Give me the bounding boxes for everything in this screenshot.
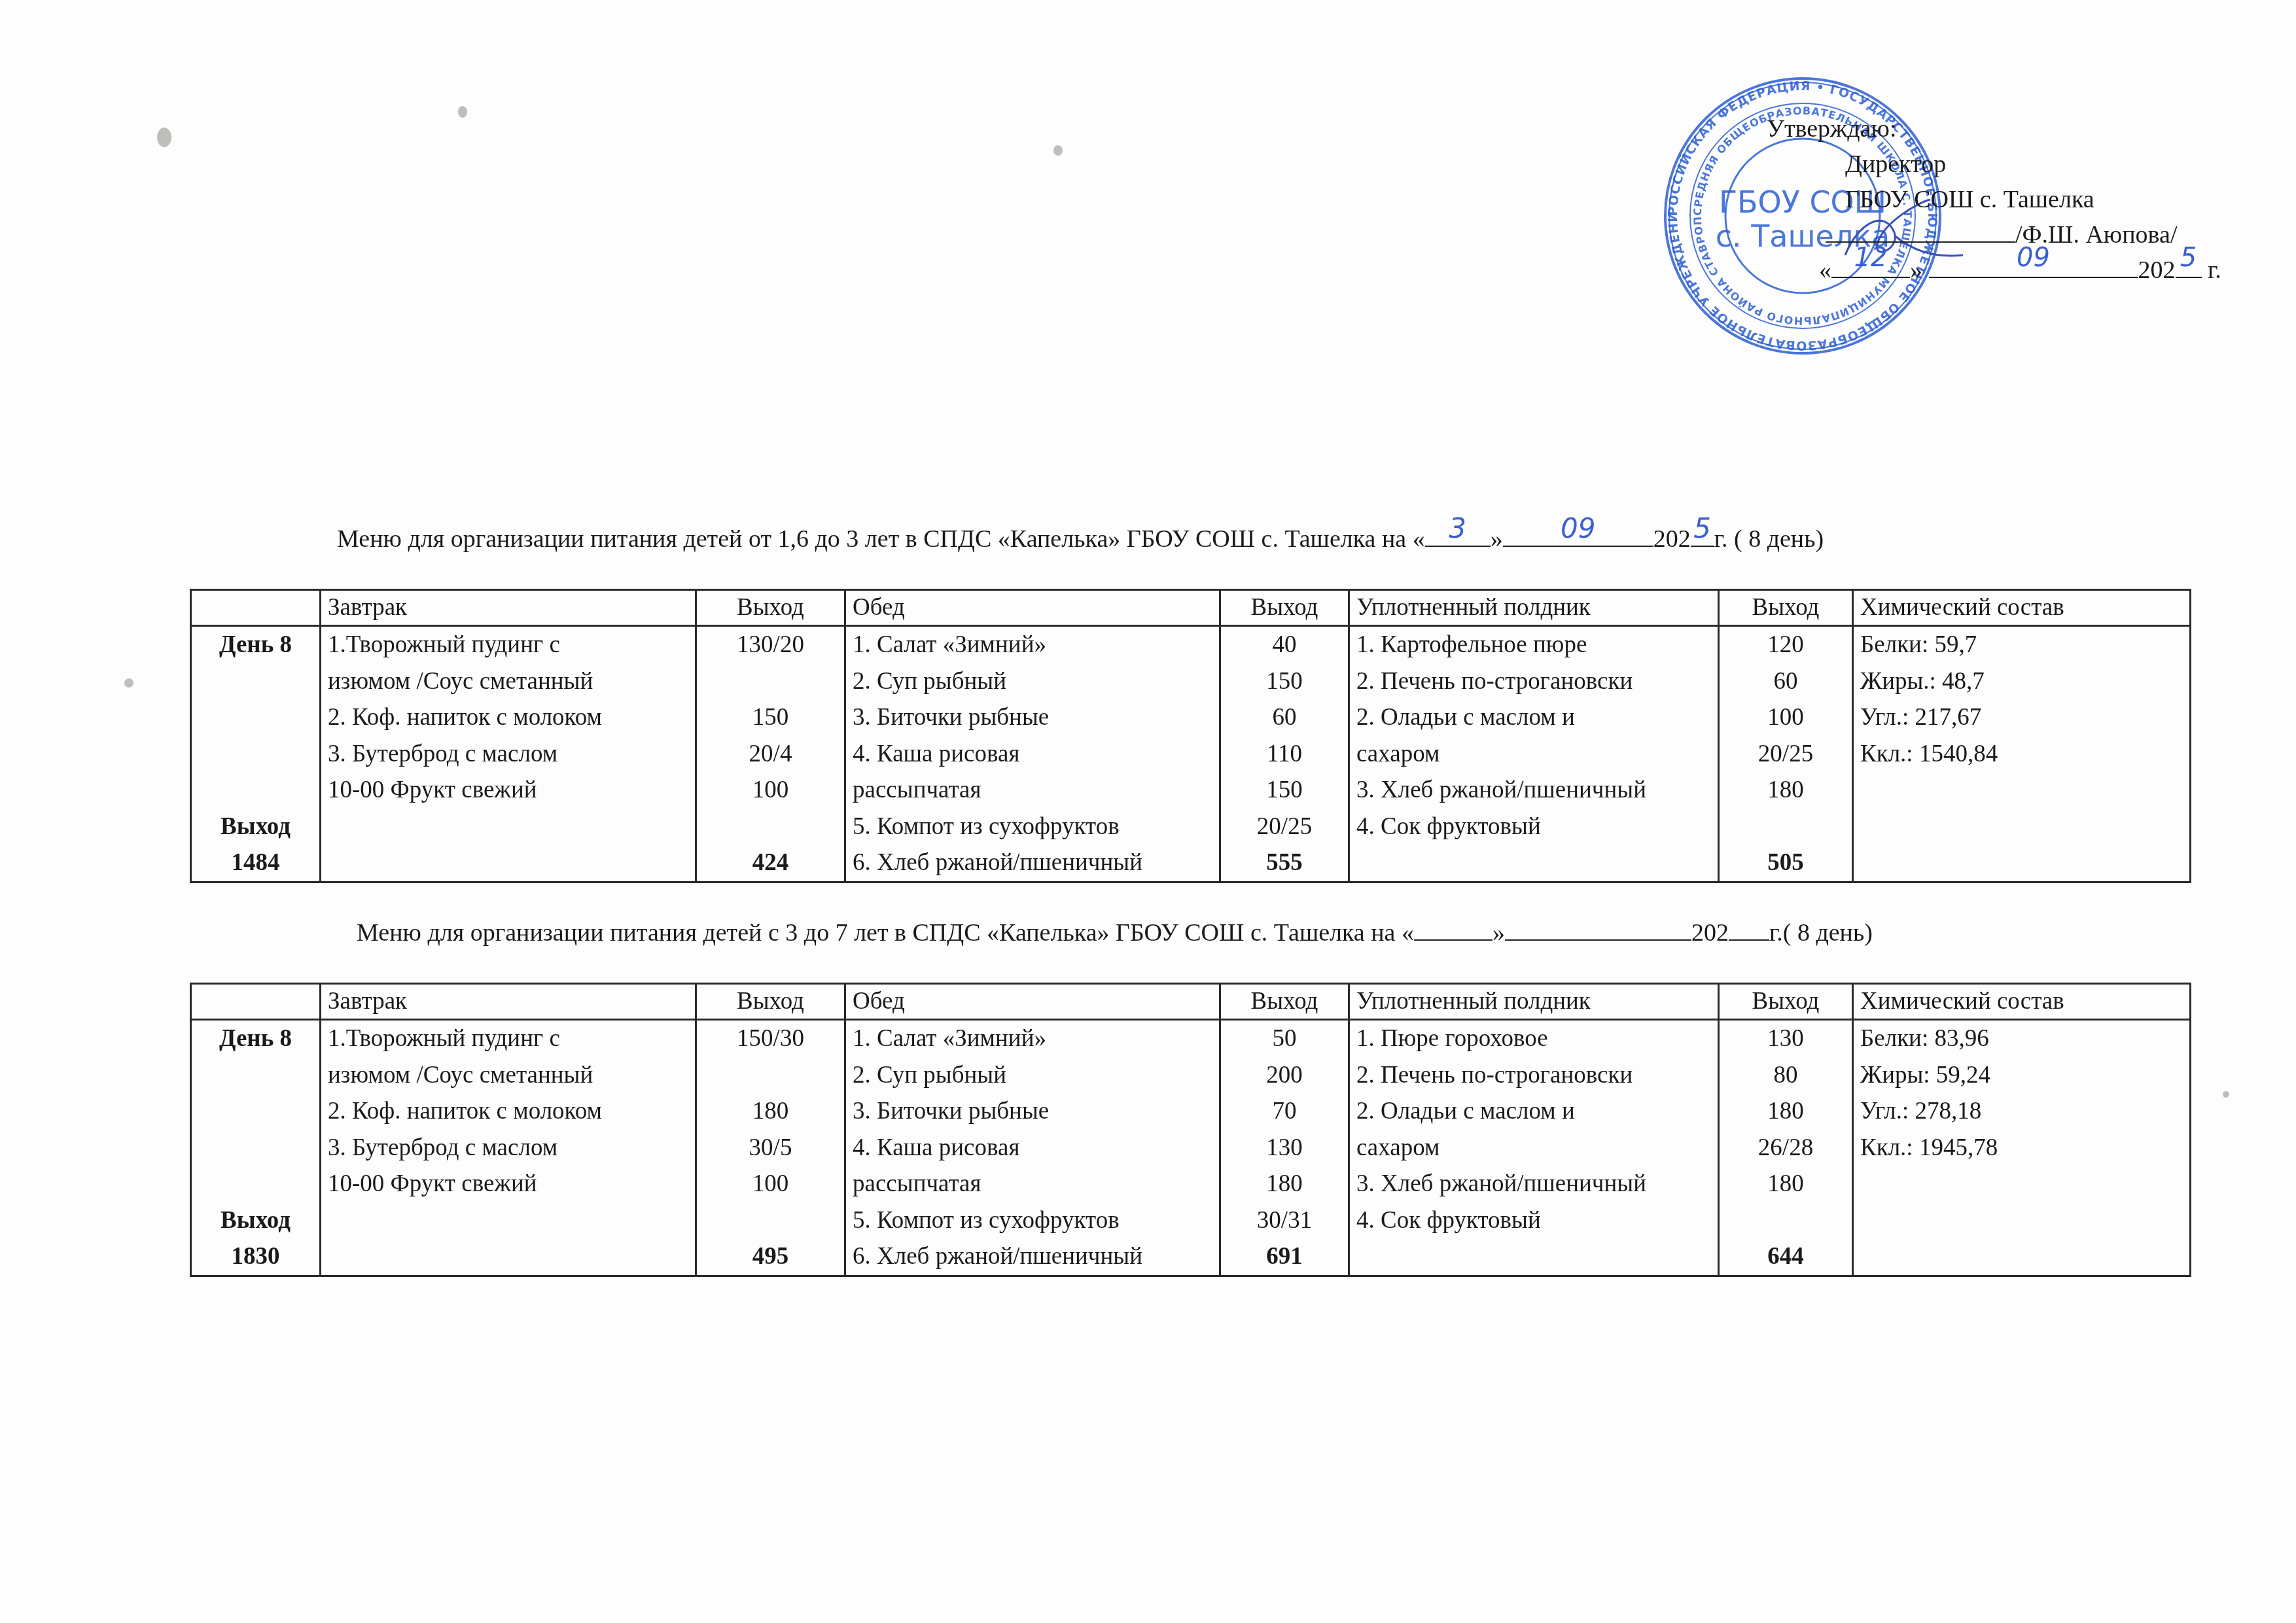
table-row: День 8 Выход 1830 1.Творожный пудинг сиз… [191,1020,2191,1276]
lunch-items: 1. Салат «Зимний»2. Суп рыбный3. Биточки… [845,626,1220,882]
menu-table-toddlers: Завтрак Выход Обед Выход Уплотненный пол… [190,589,2191,883]
list-item: изюмом /Соус сметанный [328,663,688,700]
list-item: Ккл.: 1945,78 [1860,1130,2183,1166]
list-item: 100 [1726,699,1845,736]
list-item: 60 [1726,663,1845,700]
title-quote-close: » [1491,525,1503,553]
list-item: 4. Сок фруктовый [1356,809,1711,845]
table-row: День 8 Выход 1484 1.Творожный пудинг сиз… [191,626,2191,882]
header-lunch-yield: Выход [1220,984,1349,1020]
day-cell: День 8 Выход 1484 [191,626,321,882]
list-item: 3. Биточки рыбные [853,699,1212,736]
list-item: 5. Компот из сухофруктов [853,1202,1212,1239]
list-item: 20/25 [1726,736,1845,773]
date-month-field: 09 [1929,253,2138,278]
title-year-prefix: 202 [1653,525,1691,553]
menu-title-preschool: Меню для организации питания детей с 3 д… [357,917,1873,947]
list-item: 120 [1726,627,1845,663]
list-item: 10-00 Фрукт свежий [328,772,688,809]
list-item: 130 [1227,1130,1341,1166]
list-item: 100 [703,1166,838,1202]
list-item: 180 [1726,772,1845,809]
header-breakfast: Завтрак [321,590,696,626]
list-item: Жиры: 59,24 [1860,1057,2183,1094]
list-item: 30/5 [703,1130,838,1166]
list-item [703,809,838,845]
list-item: 3. Бутерброд с маслом [328,736,688,773]
list-item: 6. Хлеб ржаной/пшеничный [853,845,1212,881]
header-lunch-yield: Выход [1220,590,1349,626]
list-item: 200 [1227,1057,1341,1094]
section-total: 644 [1726,1238,1845,1275]
signature-line [1826,218,2015,243]
list-item: 1. Салат «Зимний» [853,1021,1212,1057]
section-total: 691 [1227,1238,1341,1275]
table-header-row: Завтрак Выход Обед Выход Уплотненный пол… [191,590,2191,626]
section-total: 424 [703,845,838,881]
list-item: 150 [1227,772,1341,809]
list-item: 3. Хлеб ржаной/пшеничный [1356,1166,1711,1202]
menu-title-toddlers: Меню для организации питания детей от 1,… [337,523,1824,553]
list-item: 10-00 Фрукт свежий [328,1166,688,1202]
breakfast-yields: 150/3018030/5100495 [696,1020,845,1276]
list-item: 2. Печень по-строгановски [1356,1057,1711,1094]
list-item: 3. Биточки рыбные [853,1093,1212,1130]
total-label: Выход [198,1202,313,1239]
list-item [1726,1202,1845,1239]
breakfast-yields: 130/2015020/4100424 [696,626,845,882]
list-item: Угл.: 217,67 [1860,699,2183,736]
list-item: 150 [1227,663,1341,700]
title-quote-close: » [1492,919,1505,947]
list-item: 1. Салат «Зимний» [853,627,1212,663]
approval-organization: ГБОУ СОШ с. Ташелка [1845,182,2094,217]
snack-yields: 1206010020/25180505 [1719,626,1853,882]
snack-items: 1. Картофельное пюре2. Печень по-строган… [1349,626,1719,882]
list-item: 130 [1726,1021,1845,1057]
list-item: 180 [1227,1166,1341,1202]
list-item: сахаром [1356,736,1711,773]
date-suffix: г. [2208,256,2221,284]
title-year-field [1729,917,1769,941]
list-item: Белки: 83,96 [1860,1021,2183,1057]
header-day [191,984,321,1020]
header-snack: Уплотненный полдник [1349,590,1719,626]
list-item: 5. Компот из сухофруктов [853,809,1212,845]
paper-speck [2223,1091,2229,1098]
list-item [1726,809,1845,845]
header-lunch: Обед [845,590,1220,626]
title-day-handwritten: 3 [1425,512,1491,544]
list-item: 60 [1227,699,1341,736]
list-item: 3. Бутерброд с маслом [328,1130,688,1166]
breakfast-items: 1.Творожный пудинг сизюмом /Соус сметанн… [321,626,696,882]
list-item: 2. Оладьи с маслом и [1356,699,1711,736]
list-item: Угл.: 278,18 [1860,1093,2183,1130]
header-snack-yield: Выход [1719,590,1853,626]
date-day-handwritten: 12 [1831,240,1910,275]
list-item: 4. Каша рисовая [853,1130,1212,1166]
paper-speck [124,678,133,688]
list-item [1860,1238,2183,1275]
list-item [328,1238,688,1275]
approval-position: Директор [1845,147,1946,182]
list-item: 50 [1227,1021,1341,1057]
list-item: 150/30 [703,1021,838,1057]
list-item: сахаром [1356,1130,1711,1166]
list-item [1860,809,2183,845]
list-item: 110 [1227,736,1341,773]
title-suffix: г. ( 8 день) [1714,525,1824,553]
title-year-prefix: 202 [1691,919,1729,947]
paper-speck [458,106,467,118]
header-chemistry: Химический состав [1853,590,2191,626]
list-item: 2. Коф. напиток с молоком [328,1093,688,1130]
list-item [328,809,688,845]
header-day [191,590,321,626]
chemistry-values: Белки: 83,96Жиры: 59,24Угл.: 278,18Ккл.:… [1853,1020,2191,1276]
title-day-field [1414,917,1492,941]
list-item: 20/25 [1227,809,1341,845]
section-total: 495 [703,1238,838,1275]
day-label: День 8 [198,1021,313,1057]
list-item: 26/28 [1726,1130,1845,1166]
total-value: 1484 [198,845,313,881]
title-month-field: 09 [1503,523,1653,547]
list-item: 2. Суп рыбный [853,1057,1212,1094]
list-item [703,1202,838,1239]
approval-date: «12» 092025 г. [1819,253,2221,288]
header-breakfast-yield: Выход [696,984,845,1020]
date-year-prefix: 202 [2138,256,2176,284]
list-item: 100 [703,772,838,809]
list-item [328,1202,688,1239]
list-item [1860,772,2183,809]
lunch-yields: 502007013018030/31691 [1220,1020,1349,1276]
menu-table-preschool: Завтрак Выход Обед Выход Уплотненный пол… [190,983,2191,1277]
list-item: 1.Творожный пудинг с [328,627,688,663]
date-year-field: 5 [2176,253,2202,278]
day-label: День 8 [198,627,313,663]
title-suffix: г.( 8 день) [1769,919,1873,947]
header-breakfast-yield: Выход [696,590,845,626]
approval-label: Утверждаю: [1767,111,1897,147]
paper-speck [157,128,171,147]
day-cell: День 8 Выход 1830 [191,1020,321,1276]
snack-items: 1. Пюре гороховое2. Печень по-строгановс… [1349,1020,1719,1276]
list-item: 70 [1227,1093,1341,1130]
list-item: 6. Хлеб ржаной/пшеничный [853,1238,1212,1275]
lunch-yields: 401506011015020/25555 [1220,626,1349,882]
header-chemistry: Химический состав [1853,984,2191,1020]
list-item: 2. Оладьи с маслом и [1356,1093,1711,1130]
list-item: 30/31 [1227,1202,1341,1239]
list-item: 150 [703,699,838,736]
list-item: 20/4 [703,736,838,773]
list-item: 180 [1726,1093,1845,1130]
date-day-field: 12 [1831,253,1910,278]
list-item [703,663,838,700]
section-total: 505 [1726,845,1845,881]
list-item [703,1057,838,1094]
list-item: 40 [1227,627,1341,663]
list-item [1860,1166,2183,1202]
list-item: рассыпчатая [853,772,1212,809]
list-item: 180 [1726,1166,1845,1202]
list-item [1356,845,1711,881]
table-header-row: Завтрак Выход Обед Выход Уплотненный пол… [191,984,2191,1020]
list-item: 180 [703,1093,838,1130]
list-item: 1.Творожный пудинг с [328,1021,688,1057]
list-item: 130/20 [703,627,838,663]
list-item: рассыпчатая [853,1166,1212,1202]
list-item: изюмом /Соус сметанный [328,1057,688,1094]
title-month-handwritten: 09 [1503,512,1653,544]
list-item: Белки: 59,7 [1860,627,2183,663]
header-lunch: Обед [845,984,1220,1020]
title-prefix: Меню для организации питания детей от 1,… [337,525,1425,553]
header-snack-yield: Выход [1719,984,1853,1020]
date-close-quote: » [1910,256,1922,284]
list-item: Жиры.: 48,7 [1860,663,2183,700]
paper-speck [1053,145,1063,156]
date-year-handwritten: 5 [2176,240,2202,275]
list-item: 2. Суп рыбный [853,663,1212,700]
header-breakfast: Завтрак [321,984,696,1020]
date-month-handwritten: 09 [1929,240,2138,275]
lunch-items: 1. Салат «Зимний»2. Суп рыбный3. Биточки… [845,1020,1220,1276]
total-label: Выход [198,809,313,845]
title-year-field: 5 [1691,523,1714,547]
list-item: 4. Сок фруктовый [1356,1202,1711,1239]
list-item: 80 [1726,1057,1845,1094]
section-total: 555 [1227,845,1341,881]
list-item [1356,1238,1711,1275]
snack-yields: 1308018026/28180644 [1719,1020,1853,1276]
title-prefix: Меню для организации питания детей с 3 д… [357,919,1414,947]
list-item: 2. Печень по-строгановски [1356,663,1711,700]
total-value: 1830 [198,1238,313,1275]
title-year-handwritten: 5 [1691,512,1714,544]
list-item: 4. Каша рисовая [853,736,1212,773]
title-day-field: 3 [1425,523,1491,547]
list-item [1860,1202,2183,1239]
list-item: 3. Хлеб ржаной/пшеничный [1356,772,1711,809]
title-month-field [1505,917,1691,941]
list-item: 1. Картофельное пюре [1356,627,1711,663]
date-open-quote: « [1819,256,1831,284]
list-item [328,845,688,881]
list-item [1860,845,2183,881]
breakfast-items: 1.Творожный пудинг сизюмом /Соус сметанн… [321,1020,696,1276]
list-item: 1. Пюре гороховое [1356,1021,1711,1057]
list-item: 2. Коф. напиток с молоком [328,699,688,736]
header-snack: Уплотненный полдник [1349,984,1719,1020]
chemistry-values: Белки: 59,7Жиры.: 48,7Угл.: 217,67Ккл.: … [1853,626,2191,882]
list-item: Ккл.: 1540,84 [1860,736,2183,773]
